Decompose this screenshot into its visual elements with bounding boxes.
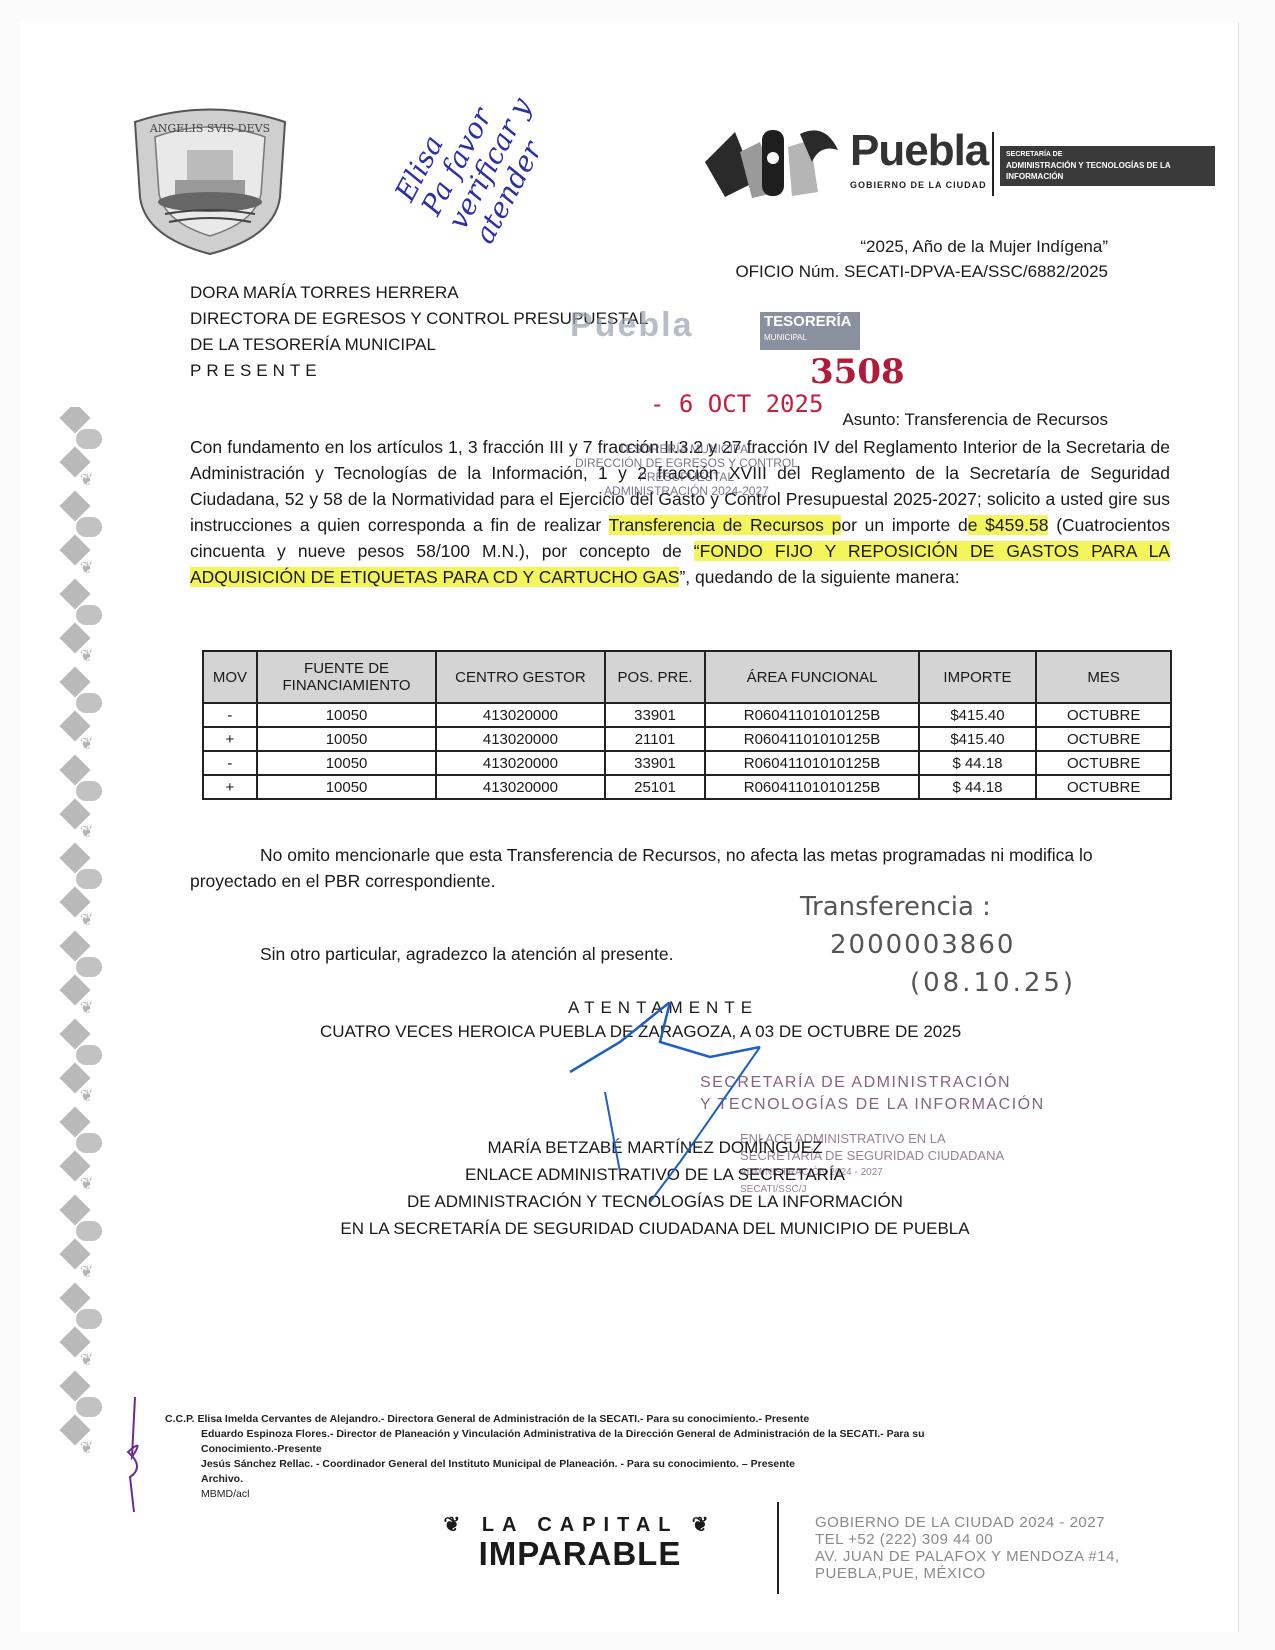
svg-text:ANGELIS SVIS DEVS: ANGELIS SVIS DEVS xyxy=(149,122,270,135)
received-date-stamp: - 6 OCT 2025 xyxy=(650,390,823,418)
tesoreria-badge: TESORERÍA MUNICIPAL xyxy=(760,312,860,350)
border-sprout-icon: ❦ xyxy=(80,473,93,489)
transfer-date: (08.10.25) xyxy=(800,964,1076,1002)
border-sprout-icon: ❦ xyxy=(80,1001,93,1017)
tesoreria-label: TESORERÍA xyxy=(764,313,852,330)
secretariat-badge: SECRETARÍA DE ADMINISTRACIÓN Y TECNOLOGÍ… xyxy=(1000,146,1215,186)
slogan-top: ❦ LA CAPITAL ❦ xyxy=(430,1512,730,1537)
table-row: +1005041302000021101R06041101010125B$415… xyxy=(203,727,1171,751)
border-sprout-icon: ❦ xyxy=(80,1441,93,1457)
footer-divider xyxy=(777,1502,779,1594)
table-cell: $415.40 xyxy=(919,703,1037,727)
tesoreria-sub: MUNICIPAL xyxy=(764,330,856,346)
border-sprout-icon: ❦ xyxy=(80,1177,93,1193)
border-cloud-icon xyxy=(76,517,102,537)
table-cell: R06041101010125B xyxy=(705,703,918,727)
year-motto: “2025, Año de la Mujer Indígena” xyxy=(860,237,1108,257)
border-cloud-icon xyxy=(76,781,102,801)
oficio-number: OFICIO Núm. SECATI-DPVA-EA/SSC/6882/2025 xyxy=(735,262,1108,282)
table-cell: - xyxy=(203,703,257,727)
table-row: -1005041302000033901R06041101010125B$ 44… xyxy=(203,751,1171,775)
border-cloud-icon xyxy=(76,605,102,625)
border-sprout-icon: ❦ xyxy=(80,649,93,665)
secretariat-small-label: SECRETARÍA DE xyxy=(1006,149,1209,160)
table-cell: R06041101010125B xyxy=(705,751,918,775)
ccp-line: Archivo. xyxy=(165,1472,925,1487)
wing-right-icon: ❦ xyxy=(692,1514,717,1536)
col-header-pos-pre: POS. PRE. xyxy=(605,651,706,703)
footer-city: PUEBLA,PUE, MÉXICO xyxy=(815,1565,1120,1582)
table-cell: + xyxy=(203,775,257,799)
ccp-block: C.C.P. Elisa Imelda Cervantes de Alejand… xyxy=(165,1412,925,1502)
signer-title: EN LA SECRETARÍA DE SEGURIDAD CIUDADANA … xyxy=(320,1215,990,1242)
table-cell: OCTUBRE xyxy=(1036,727,1171,751)
table-cell: 413020000 xyxy=(436,703,604,727)
table-cell: 21101 xyxy=(605,727,706,751)
handwritten-transfer-note: Transferencia : 2000003860 (08.10.25) xyxy=(800,888,1076,1002)
table-cell: 10050 xyxy=(257,751,436,775)
table-cell: 25101 xyxy=(605,775,706,799)
border-cloud-icon xyxy=(76,957,102,977)
table-row: -1005041302000033901R06041101010125B$415… xyxy=(203,703,1171,727)
transfer-number: 2000003860 xyxy=(800,926,1076,964)
stamp-line: TESORERÍA MUNICIPAL xyxy=(575,442,798,456)
decorative-border: ❦❦❦❦❦❦❦❦❦❦❦❦ xyxy=(50,407,102,1467)
body-paragraph-2: No omito mencionarle que esta Transferen… xyxy=(190,842,1170,894)
ccp-line: Eduardo Espinoza Flores.- Director de Pl… xyxy=(165,1427,925,1442)
footer-line: GOBIERNO DE LA CIUDAD 2024 - 2027 xyxy=(815,1514,1120,1531)
table-cell: OCTUBRE xyxy=(1036,775,1171,799)
stamp-line: ADMINISTRACIÓN 2024-2027 xyxy=(575,484,798,498)
signature-icon xyxy=(560,1002,780,1202)
border-cloud-icon xyxy=(76,1221,102,1241)
border-sprout-icon: ❦ xyxy=(80,1265,93,1281)
logo-divider xyxy=(992,132,994,196)
table-cell: R06041101010125B xyxy=(705,727,918,751)
table-cell: OCTUBRE xyxy=(1036,751,1171,775)
municipal-crest-icon: ANGELIS SVIS DEVS xyxy=(125,102,295,257)
border-cloud-icon xyxy=(76,869,102,889)
handwritten-note-top: Elisa Pa favor verificar y atender xyxy=(390,62,570,262)
border-cloud-icon xyxy=(76,693,102,713)
table-cell: R06041101010125B xyxy=(705,775,918,799)
slogan-bottom: IMPARABLE xyxy=(430,1537,730,1571)
document-page: ❦❦❦❦❦❦❦❦❦❦❦❦ ANGELIS SVIS DEVS Elisa Pa … xyxy=(20,22,1238,1632)
table-cell: 10050 xyxy=(257,775,436,799)
table-header-row: MOV FUENTE DE FINANCIAMIENTO CENTRO GEST… xyxy=(203,651,1171,703)
border-sprout-icon: ❦ xyxy=(80,737,93,753)
transfer-label: Transferencia : xyxy=(800,888,1076,926)
table-cell: - xyxy=(203,751,257,775)
table-cell: $415.40 xyxy=(919,727,1037,751)
table-cell: 413020000 xyxy=(436,775,604,799)
wing-left-icon: ❦ xyxy=(444,1514,469,1536)
table-cell: + xyxy=(203,727,257,751)
border-sprout-icon: ❦ xyxy=(80,1353,93,1369)
table-row: +1005041302000025101R06041101010125B$ 44… xyxy=(203,775,1171,799)
footer-phone: TEL +52 (222) 309 44 00 xyxy=(815,1531,1120,1548)
body-paragraph-3: Sin otro particular, agradezco la atenci… xyxy=(260,944,673,965)
border-cloud-icon xyxy=(76,1045,102,1065)
col-header-fuente: FUENTE DE FINANCIAMIENTO xyxy=(257,651,436,703)
puebla-letterhead-logo: Puebla GOBIERNO DE LA CIUDAD SECRETARÍA … xyxy=(700,122,1230,202)
border-sprout-icon: ❦ xyxy=(80,913,93,929)
stamp-line: DIRECCIÓN DE EGRESOS Y CONTROL xyxy=(575,456,798,470)
border-sprout-icon: ❦ xyxy=(80,825,93,841)
ccp-line: Conocimiento.-Presente xyxy=(165,1442,925,1457)
stamp-line: PRESUPUESTAL xyxy=(575,470,798,484)
secretariat-name: ADMINISTRACIÓN Y TECNOLOGÍAS DE LA INFOR… xyxy=(1006,160,1209,182)
subject-line: Asunto: Transferencia de Recursos xyxy=(842,410,1108,430)
table-cell: $ 44.18 xyxy=(919,775,1037,799)
footer-address: AV. JUAN DE PALAFOX Y MENDOZA #14, xyxy=(815,1548,1120,1565)
highlighted-amount: e $459.58 xyxy=(968,515,1049,535)
col-header-mov: MOV xyxy=(203,651,257,703)
border-sprout-icon: ❦ xyxy=(80,1089,93,1105)
stamp-logo: Puebla xyxy=(570,306,693,345)
table-cell: 10050 xyxy=(257,703,436,727)
table-cell: 413020000 xyxy=(436,751,604,775)
slogan-top-text: LA CAPITAL xyxy=(482,1514,678,1536)
border-cloud-icon xyxy=(76,429,102,449)
logo-subtitle: GOBIERNO DE LA CIUDAD xyxy=(850,180,987,190)
table-cell: $ 44.18 xyxy=(919,751,1037,775)
col-header-area-funcional: ÁREA FUNCIONAL xyxy=(705,651,918,703)
transfer-table: MOV FUENTE DE FINANCIAMIENTO CENTRO GEST… xyxy=(202,650,1172,800)
border-sprout-icon: ❦ xyxy=(80,561,93,577)
col-header-importe: IMPORTE xyxy=(919,651,1037,703)
col-header-mes: MES xyxy=(1036,651,1171,703)
table-cell: 413020000 xyxy=(436,727,604,751)
received-number-stamp: 3508 xyxy=(810,352,905,392)
body-text: or un importe d xyxy=(841,515,967,535)
border-cloud-icon xyxy=(76,1397,102,1417)
footer-slogan-logo: ❦ LA CAPITAL ❦ IMPARABLE xyxy=(430,1512,730,1571)
border-cloud-icon xyxy=(76,1133,102,1153)
table-cell: 33901 xyxy=(605,751,706,775)
ccp-initials: MBMD/acl xyxy=(165,1487,925,1502)
ccp-line: C.C.P. Elisa Imelda Cervantes de Alejand… xyxy=(165,1412,925,1427)
table-cell: 10050 xyxy=(257,727,436,751)
ccp-line: Jesús Sánchez Rellac. - Coordinador Gene… xyxy=(165,1457,925,1472)
city-emblem-icon xyxy=(700,122,840,202)
footer-contact: GOBIERNO DE LA CIUDAD 2024 - 2027 TEL +5… xyxy=(815,1514,1120,1582)
direccion-egresos-stamp: TESORERÍA MUNICIPAL DIRECCIÓN DE EGRESOS… xyxy=(575,442,798,498)
initial-mark-icon xyxy=(120,1397,150,1512)
table-cell: OCTUBRE xyxy=(1036,703,1171,727)
col-header-centro-gestor: CENTRO GESTOR xyxy=(436,651,604,703)
border-cloud-icon xyxy=(76,1309,102,1329)
table-cell: 33901 xyxy=(605,703,706,727)
body-text: ”, quedando de la siguiente manera: xyxy=(679,567,959,587)
highlighted-text: Transferencia de Recursos p xyxy=(609,515,842,535)
logo-wordmark: Puebla xyxy=(850,126,988,176)
